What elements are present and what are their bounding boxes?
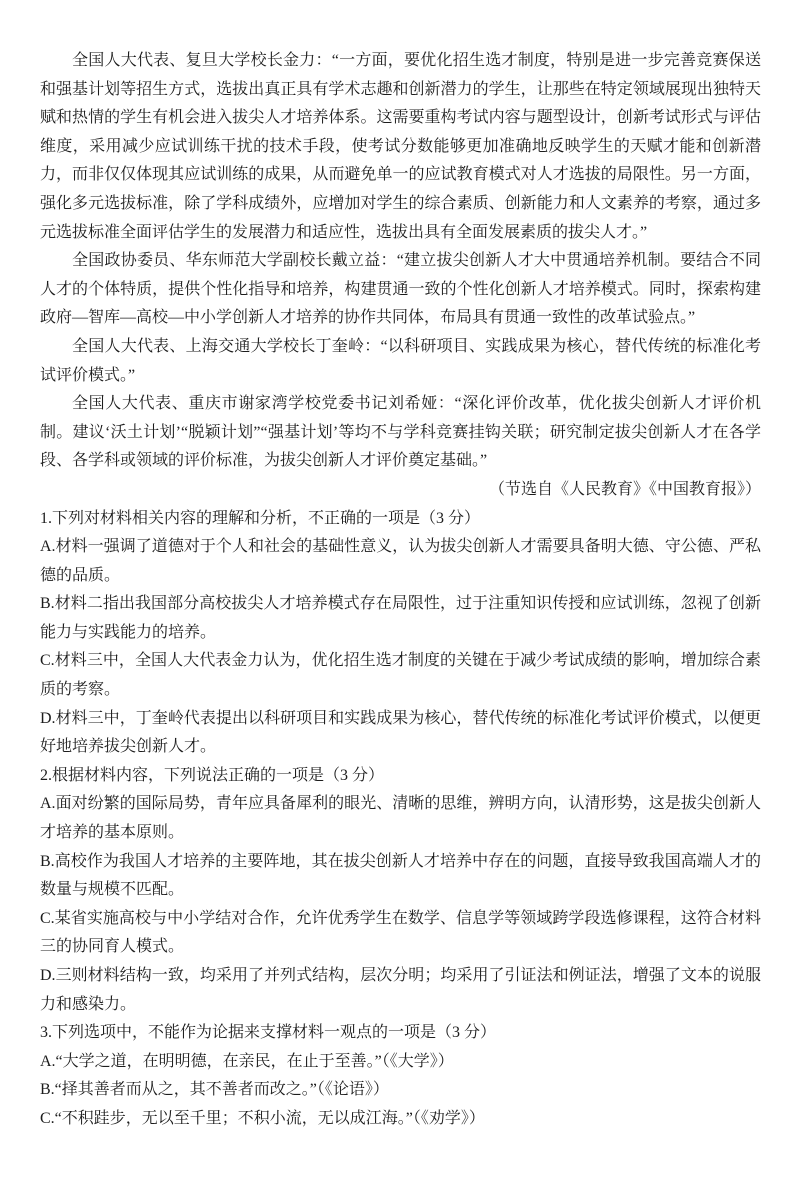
question-3-option-b: B.“择其善者而从之，其不善者而改之。”（《论语》） bbox=[40, 1076, 761, 1105]
question-3-option-a: A.“大学之道，在明明德，在亲民，在止于至善。”（《大学》） bbox=[40, 1048, 761, 1077]
question-1-option-d: D.材料三中，丁奎岭代表提出以科研项目和实践成果为核心，替代传统的标准化考试评价… bbox=[40, 705, 761, 762]
question-1-option-c: C.材料三中，全国人大代表金力认为，优化招生选才制度的关键在于减少考试成绩的影响… bbox=[40, 647, 761, 704]
reading-material-section: 全国人大代表、复旦大学校长金力：“一方面，要优化招生选才制度，特别是进一步完善竞… bbox=[40, 47, 761, 1134]
question-2-option-c: C.某省实施高校与中小学结对合作，允许优秀学生在数学、信息学等领域跨学段选修课程… bbox=[40, 905, 761, 962]
material-paragraph-liuxiya: 全国人大代表、重庆市谢家湾学校党委书记刘希娅：“深化评价改革，优化拔尖创新人才评… bbox=[40, 390, 761, 476]
material-paragraph-dailiyi: 全国政协委员、华东师范大学副校长戴立益：“建立拔尖创新人才大中贯通培养机制。要结… bbox=[40, 247, 761, 333]
question-1-option-b: B.材料二指出我国部分高校拔尖人才培养模式存在局限性，过于注重知识传授和应试训练… bbox=[40, 590, 761, 647]
question-1-stem: 1.下列对材料相关内容的理解和分析，不正确的一项是（3 分） bbox=[40, 505, 761, 534]
question-1: 1.下列对材料相关内容的理解和分析，不正确的一项是（3 分） A.材料一强调了道… bbox=[40, 505, 761, 762]
question-2-option-b: B.高校作为我国人才培养的主要阵地，其在拔尖创新人才培养中存在的问题，直接导致我… bbox=[40, 848, 761, 905]
question-2: 2.根据材料内容，下列说法正确的一项是（3 分） A.面对纷繁的国际局势，青年应… bbox=[40, 762, 761, 1019]
material-paragraph-jinli: 全国人大代表、复旦大学校长金力：“一方面，要优化招生选才制度，特别是进一步完善竞… bbox=[40, 47, 761, 247]
source-attribution: （节选自《人民教育》《中国教育报》） bbox=[40, 476, 761, 505]
question-3-option-c: C.“不积跬步，无以至千里；不积小流，无以成江海。”（《劝学》） bbox=[40, 1105, 761, 1134]
question-1-option-a: A.材料一强调了道德对于个人和社会的基础性意义，认为拔尖创新人才需要具备明大德、… bbox=[40, 533, 761, 590]
question-2-stem: 2.根据材料内容，下列说法正确的一项是（3 分） bbox=[40, 762, 761, 791]
question-2-option-d: D.三则材料结构一致，均采用了并列式结构，层次分明；均采用了引证法和例证法，增强… bbox=[40, 962, 761, 1019]
exam-page: 全国人大代表、复旦大学校长金力：“一方面，要优化招生选才制度，特别是进一步完善竞… bbox=[0, 0, 800, 1180]
material-paragraph-dingkuiling: 全国人大代表、上海交通大学校长丁奎岭：“以科研项目、实践成果为核心，替代传统的标… bbox=[40, 333, 761, 390]
question-3: 3.下列选项中，不能作为论据来支撑材料一观点的一项是（3 分） A.“大学之道，… bbox=[40, 1019, 761, 1133]
question-3-stem: 3.下列选项中，不能作为论据来支撑材料一观点的一项是（3 分） bbox=[40, 1019, 761, 1048]
question-2-option-a: A.面对纷繁的国际局势，青年应具备犀利的眼光、清晰的思维，辨明方向，认清形势，这… bbox=[40, 790, 761, 847]
